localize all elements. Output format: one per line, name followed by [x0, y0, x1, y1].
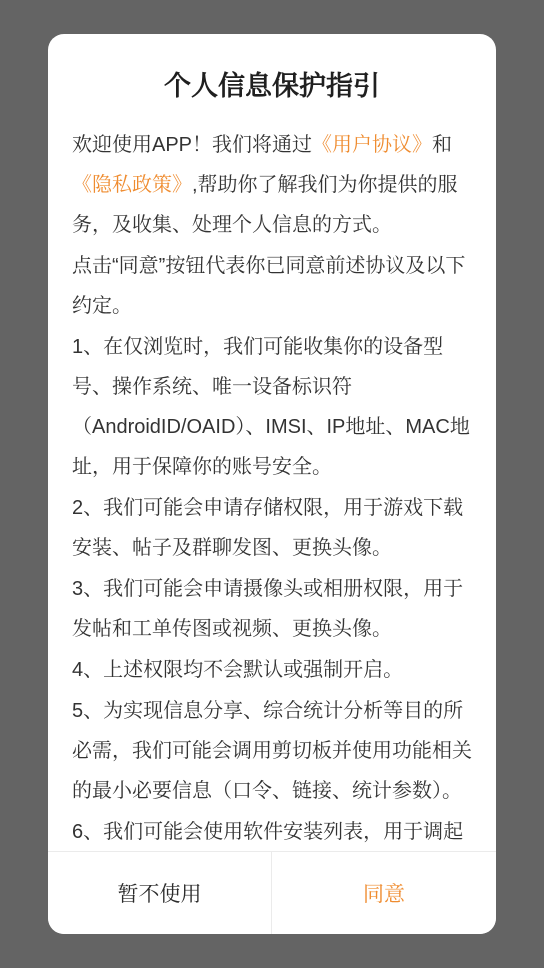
user-agreement-link[interactable]: 《用户协议》	[312, 134, 432, 156]
paragraph-item-5: 5、为实现信息分享、综合统计分析等目的所必需，我们可能会调用剪切板并使用功能相关…	[72, 691, 472, 811]
paragraph-agree-notice: 点击“同意”按钮代表你已同意前述协议及以下约定。	[72, 246, 472, 326]
privacy-guide-dialog: 个人信息保护指引 欢迎使用APP！我们将通过《用户协议》和《隐私政策》,帮助你了…	[48, 34, 496, 934]
dialog-body-scroll-area[interactable]: 欢迎使用APP！我们将通过《用户协议》和《隐私政策》,帮助你了解我们为你提供的服…	[48, 125, 496, 851]
paragraph-item-6: 6、我们可能会使用软件安装列表，用于调起支	[72, 812, 472, 851]
intro-text-pre: 欢迎使用APP！我们将通过	[72, 134, 312, 156]
agree-button[interactable]: 同意	[272, 852, 496, 934]
intro-paragraph: 欢迎使用APP！我们将通过《用户协议》和《隐私政策》,帮助你了解我们为你提供的服…	[72, 125, 472, 245]
decline-button[interactable]: 暂不使用	[48, 852, 272, 934]
dialog-footer: 暂不使用 同意	[48, 851, 496, 934]
intro-conjunction: 和	[432, 134, 452, 156]
paragraph-item-2: 2、我们可能会申请存储权限，用于游戏下载安装、帖子及群聊发图、更换头像。	[72, 488, 472, 568]
privacy-policy-link[interactable]: 《隐私政策》	[72, 174, 192, 196]
paragraph-item-4: 4、上述权限均不会默认或强制开启。	[72, 650, 472, 690]
paragraph-item-3: 3、我们可能会申请摄像头或相册权限，用于发帖和工单传图或视频、更换头像。	[72, 569, 472, 649]
dialog-title: 个人信息保护指引	[48, 34, 496, 103]
paragraph-item-1: 1、在仅浏览时，我们可能收集你的设备型号、操作系统、唯一设备标识符（Androi…	[72, 327, 472, 487]
